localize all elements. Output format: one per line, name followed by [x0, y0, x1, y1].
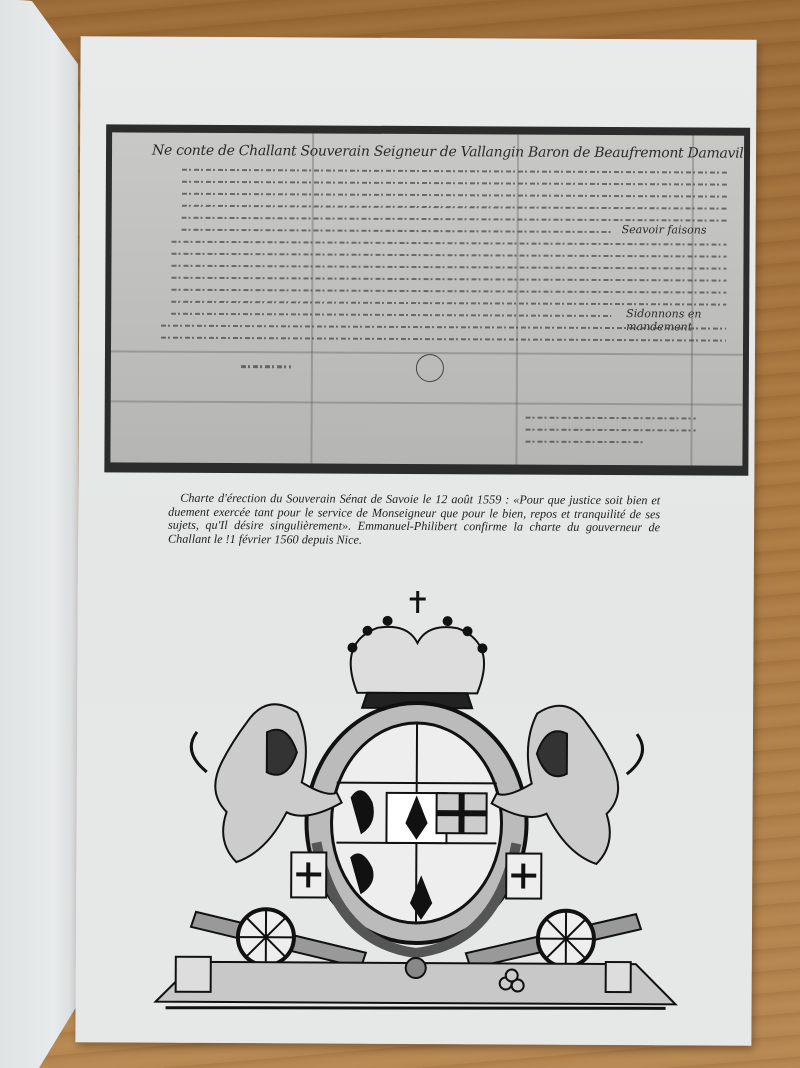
endorsement-line: [526, 441, 646, 444]
script-line: [161, 337, 726, 342]
endorsement-line: [526, 417, 696, 420]
script-line: [172, 241, 727, 246]
signature: [241, 365, 291, 368]
charter-heading-script: Ne conte de Challant Souverain Seigneur …: [152, 143, 734, 162]
crown-icon: [348, 591, 487, 709]
script-line: [182, 181, 727, 186]
book-page: Ne conte de Challant Souverain Seigneur …: [75, 36, 756, 1046]
left-book-page: [0, 0, 78, 1068]
script-line: [182, 229, 612, 233]
script-line: [171, 289, 726, 294]
fold-line: [111, 400, 743, 405]
script-line: [171, 313, 611, 317]
script-line: [182, 169, 727, 174]
script-line: [171, 277, 726, 282]
marginal-words: Sidonnons en mandement: [626, 307, 743, 334]
script-line: [171, 301, 726, 306]
photo-caption: Charte d'érection du Souverain Sénat de …: [168, 492, 660, 549]
script-line: [182, 205, 727, 210]
script-line: [171, 253, 726, 258]
drum: [606, 962, 631, 992]
mortar: [176, 957, 211, 992]
script-line: [182, 193, 727, 198]
coat-of-arms-engraving: [136, 582, 698, 1015]
charter-photograph: Ne conte de Challant Souverain Seigneur …: [104, 124, 750, 475]
wax-seal-mark: [416, 354, 444, 382]
endorsement-line: [526, 429, 696, 432]
script-line: [171, 265, 726, 270]
marginal-words: Seavoir faisons: [622, 223, 707, 236]
charter-parchment: Ne conte de Challant Souverain Seigneur …: [110, 132, 744, 465]
script-line: [182, 217, 727, 222]
